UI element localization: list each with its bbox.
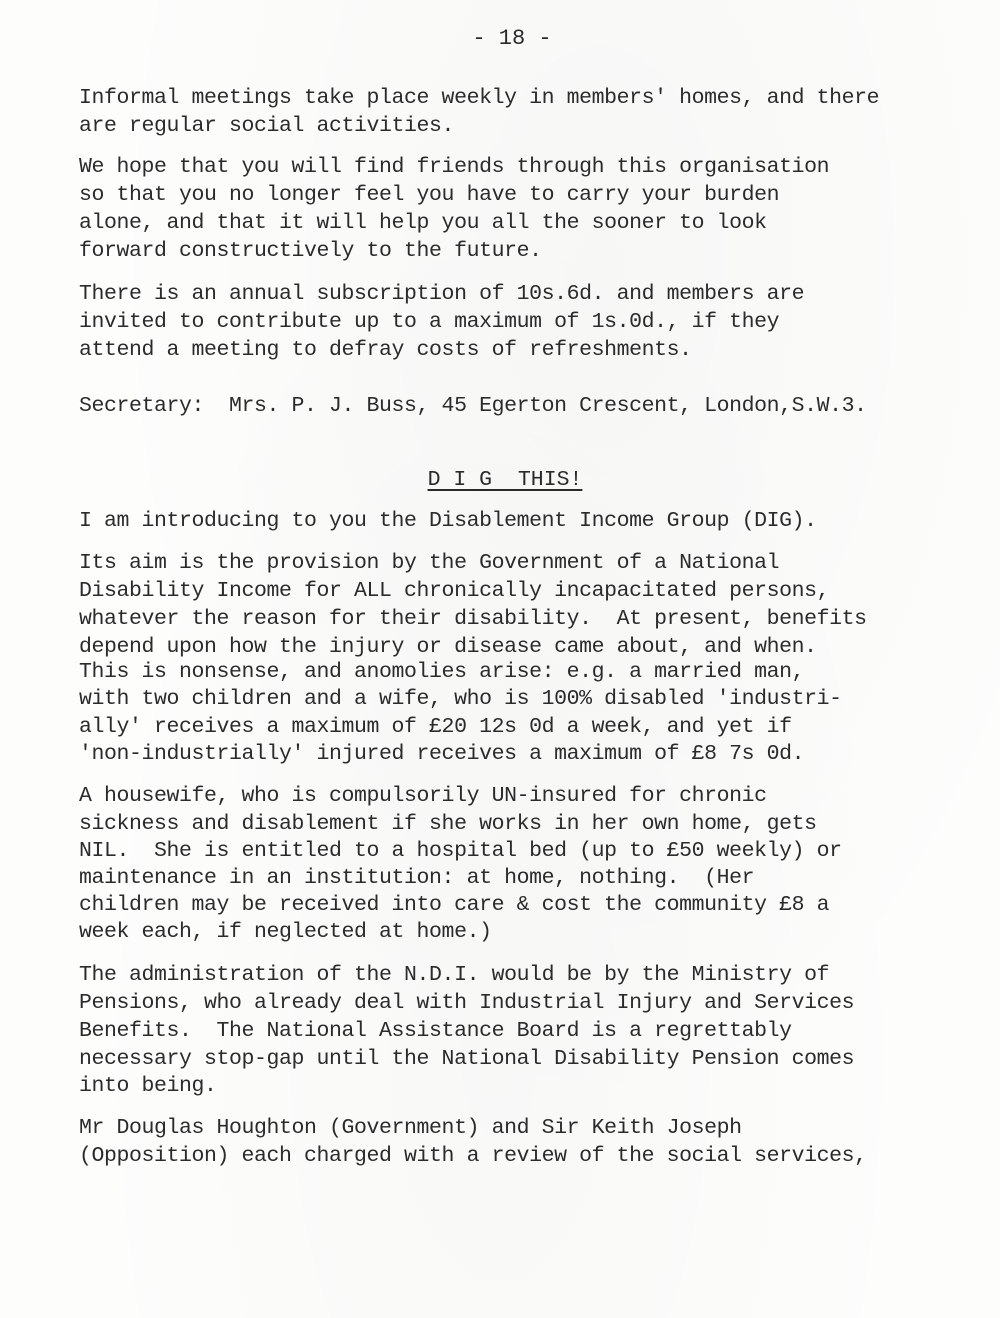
- text-line: children may be received into care & cos…: [79, 891, 829, 919]
- text-line: into being.: [79, 1072, 217, 1100]
- text-line: Mr Douglas Houghton (Government) and Sir…: [79, 1114, 742, 1142]
- document-page: - 18 - Informal meetings take place week…: [0, 0, 1000, 1318]
- text-line: attend a meeting to defray costs of refr…: [79, 336, 692, 364]
- text-line: The administration of the N.D.I. would b…: [79, 961, 829, 989]
- text-line: (Opposition) each charged with a review …: [79, 1142, 867, 1170]
- text-line: Pensions, who already deal with Industri…: [79, 989, 854, 1017]
- text-line: sickness and disablement if she works in…: [79, 810, 817, 838]
- page-number: - 18 -: [0, 26, 1000, 51]
- text-line: A housewife, who is compulsorily UN-insu…: [79, 782, 767, 810]
- text-line: invited to contribute up to a maximum of…: [79, 308, 779, 336]
- heading-text: D I G THIS!: [428, 468, 583, 492]
- text-line: depend upon how the injury or disease ca…: [79, 633, 817, 661]
- text-line: ally' receives a maximum of £20 12s 0d a…: [79, 713, 792, 741]
- text-line: with two children and a wife, who is 100…: [79, 685, 842, 713]
- text-line: so that you no longer feel you have to c…: [79, 181, 779, 209]
- text-line: whatever the reason for their disability…: [79, 605, 867, 633]
- text-line: Its aim is the provision by the Governme…: [79, 549, 779, 577]
- text-line: Informal meetings take place weekly in m…: [79, 84, 879, 112]
- text-line: NIL. She is entitled to a hospital bed (…: [79, 837, 842, 865]
- text-line: We hope that you will find friends throu…: [79, 153, 829, 181]
- text-line: There is an annual subscription of 10s.6…: [79, 280, 804, 308]
- text-line: Benefits. The National Assistance Board …: [79, 1017, 792, 1045]
- text-line: I am introducing to you the Disablement …: [79, 507, 817, 535]
- section-heading: D I G THIS!: [0, 466, 1000, 494]
- text-line: Disability Income for ALL chronically in…: [79, 577, 829, 605]
- text-line: forward constructively to the future.: [79, 237, 542, 265]
- text-line: week each, if neglected at home.): [79, 918, 492, 946]
- text-line: This is nonsense, and anomolies arise: e…: [79, 658, 804, 686]
- text-line: are regular social activities.: [79, 112, 454, 140]
- text-line: maintenance in an institution: at home, …: [79, 864, 754, 892]
- text-line: alone, and that it will help you all the…: [79, 209, 767, 237]
- text-line: necessary stop-gap until the National Di…: [79, 1045, 854, 1073]
- text-line: 'non-industrially' injured receives a ma…: [79, 740, 804, 768]
- secretary-address: Secretary: Mrs. P. J. Buss, 45 Egerton C…: [79, 392, 867, 420]
